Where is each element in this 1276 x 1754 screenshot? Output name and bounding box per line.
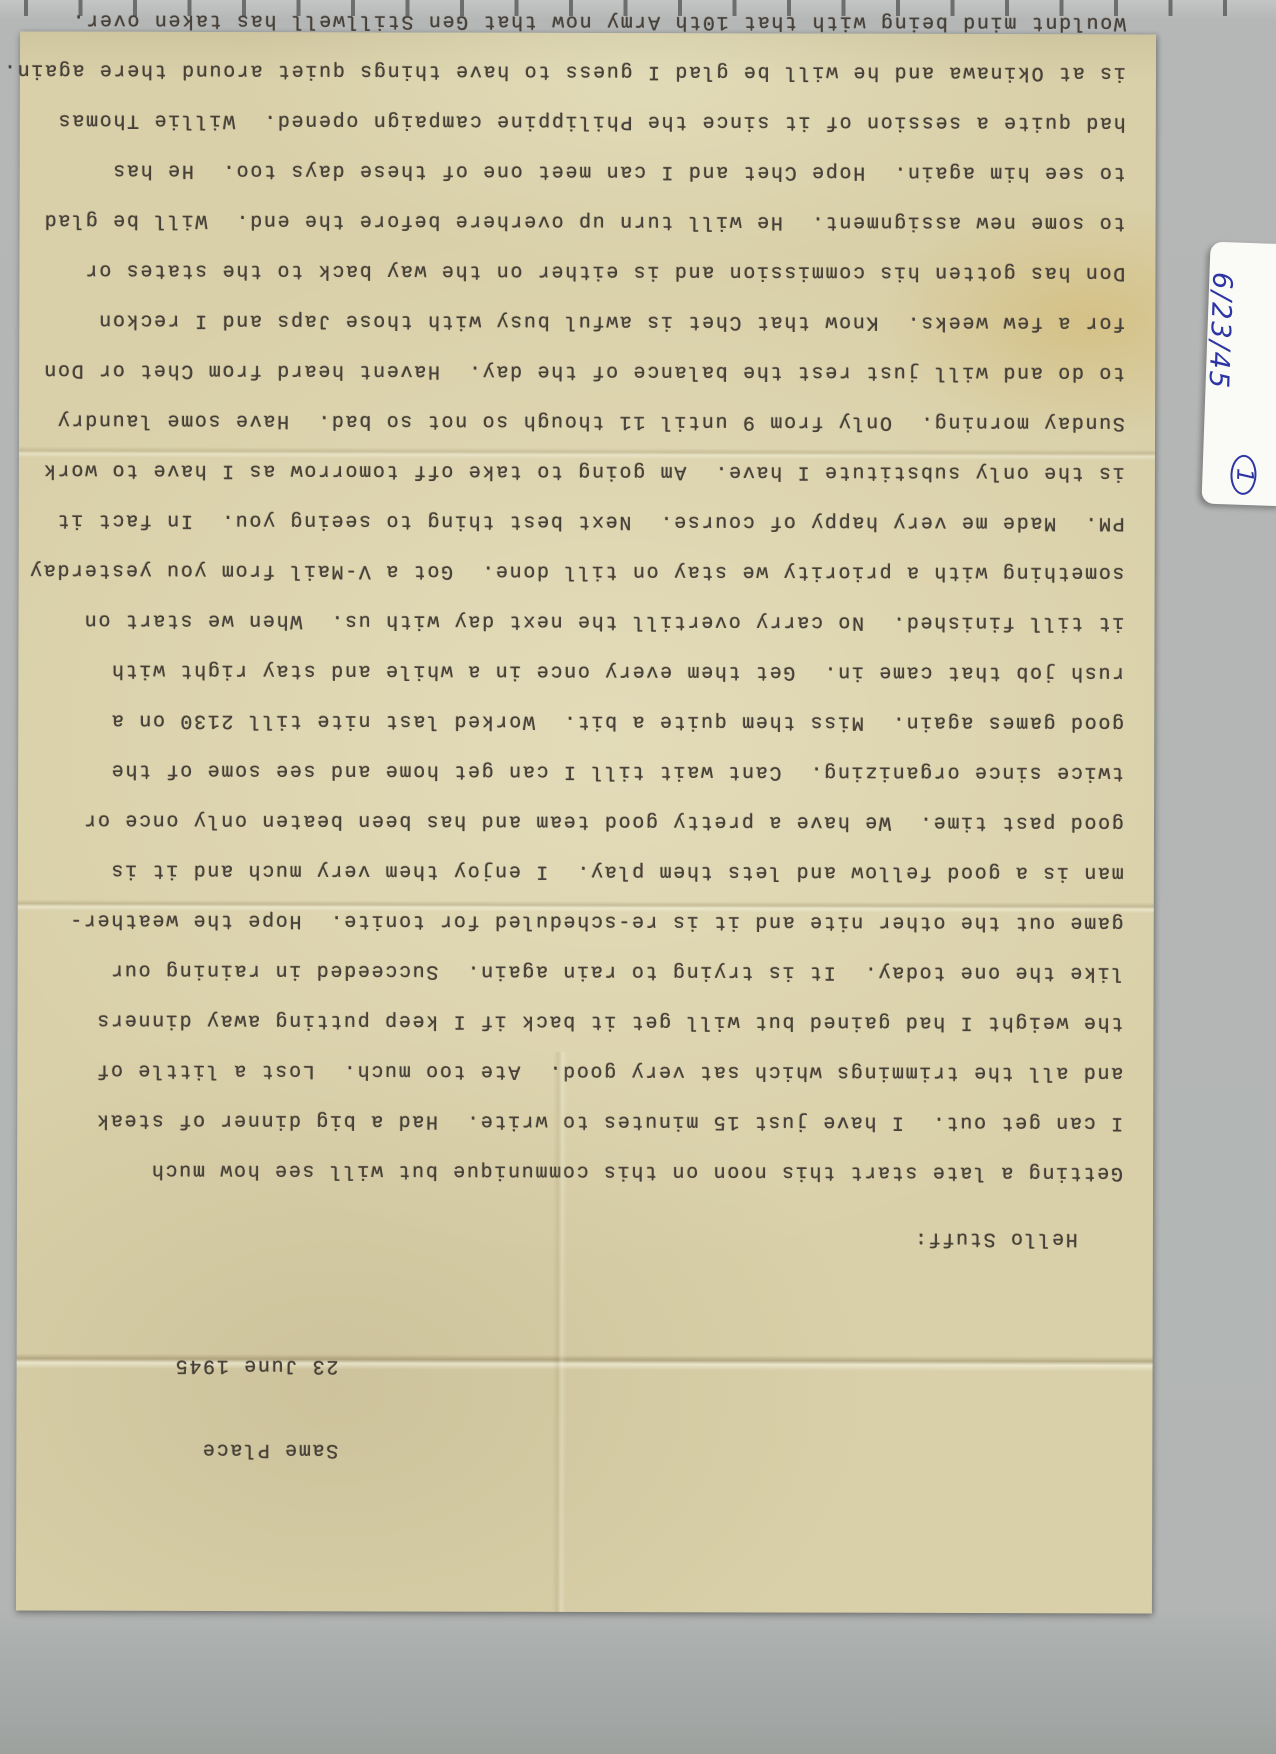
letter-body-line: good games again. Miss them quite a bit.… — [32, 695, 1124, 748]
letter-body-line: twice since organizing. Cant wait till I… — [32, 745, 1124, 798]
letter-body-line: to do and will just rest the balance of … — [33, 345, 1125, 398]
letter-body-line: PM. Made me very happy of course. Next b… — [33, 495, 1125, 548]
letter-body-line: game out the other nite and it is re-sch… — [32, 895, 1124, 948]
letter-body-line: and all the trimmings which sat very goo… — [31, 1045, 1123, 1098]
letter-body-line: is the only substitute I have. Am going … — [33, 445, 1125, 498]
letter-salutation: Hello Stuff: — [31, 1222, 1078, 1253]
letter-body-line: to some new assignment. He will turn up … — [34, 195, 1126, 248]
letter-body-line: Getting a late start this noon on this c… — [31, 1145, 1123, 1198]
letter-body-line: for a few weeks. Know that Chet is awful… — [33, 295, 1125, 348]
sticky-note-page-number: 1 — [1232, 467, 1255, 482]
letter-body-line: the weight I had gained but will get it … — [31, 995, 1123, 1048]
letter-body-line: man is a good fellow and lets them play.… — [32, 845, 1124, 898]
letter-body-line: Wouldnt mind being with that 10th Army n… — [34, 0, 1126, 47]
letter-body-line: Sunday morning. Only from 9 until 11 tho… — [33, 395, 1125, 448]
letter-body-line: I can get out. I have just 15 minutes to… — [31, 1095, 1123, 1148]
page-number-circle: 1 — [1230, 454, 1257, 495]
archival-sticky-note: 6/23/45 1 — [1201, 242, 1276, 507]
dateline-date: 23 June 1945 — [31, 1351, 339, 1380]
letter-body-line: something with a priority we stay on til… — [33, 545, 1125, 598]
letter-body-line: is at Okinawa and he will be glad I gues… — [34, 45, 1126, 98]
letter-body-line: good past time. We have a pretty good te… — [32, 795, 1124, 848]
dateline-place: Same Place — [30, 1435, 338, 1464]
letter-body: Getting a late start this noon on this c… — [31, 0, 1126, 1197]
letter-body-line: it till finished. No carry overtill the … — [32, 595, 1124, 648]
letter-body-line: to see him again. Hope Chet and I can me… — [34, 145, 1126, 198]
letter-body-line: Don has gotten his commission and is eit… — [33, 245, 1125, 298]
sticky-note-date: 6/23/45 — [1202, 271, 1237, 390]
letter-body-line: like the one today. It is trying to rain… — [32, 945, 1124, 998]
letter-body-line: rush job that came in. Get them every on… — [32, 645, 1124, 698]
letter-dateline: Same Place 23 June 1945 — [30, 1295, 339, 1520]
letter-page: Same Place 23 June 1945 Hello Stuff: Get… — [16, 32, 1156, 1614]
letter-body-line: had quite a session of it since the Phil… — [34, 95, 1126, 148]
letter-content-upside-down: Same Place 23 June 1945 Hello Stuff: Get… — [16, 32, 1156, 1614]
